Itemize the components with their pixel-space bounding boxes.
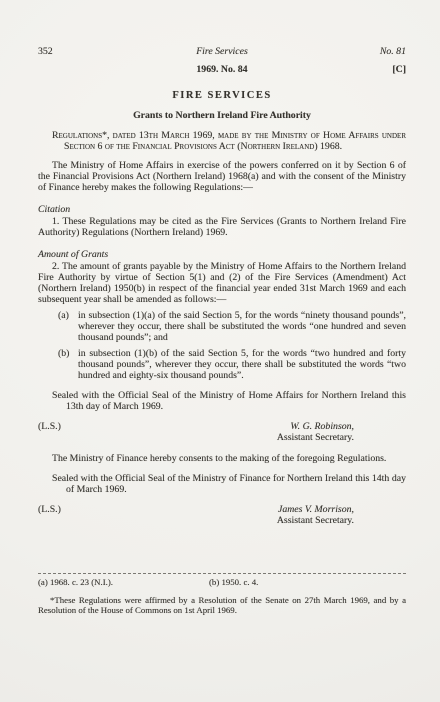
signatory-role-2: Assistant Secretary. bbox=[277, 515, 354, 526]
document-page: 352 Fire Services No. 81 1969. No. 84 [C… bbox=[0, 0, 440, 702]
section-heading-amount-of-grants: Amount of Grants bbox=[38, 249, 406, 260]
item-a-text: in subsection (1)(a) of the said Section… bbox=[78, 310, 406, 343]
signature-block-home-affairs: (L.S.) W. G. Robinson, Assistant Secreta… bbox=[38, 421, 406, 443]
footnote-ref-b: (b) 1950. c. 4. bbox=[209, 577, 258, 587]
page-number: 352 bbox=[38, 46, 161, 57]
footnote-ref-a: (a) 1968. c. 23 (N.I.). bbox=[38, 577, 113, 587]
regulation-2-item-a: (a) in subsection (1)(a) of the said Sec… bbox=[38, 310, 406, 343]
signatory-name-1: W. G. Robinson, bbox=[290, 421, 354, 432]
doc-number-right: No. 81 bbox=[283, 46, 406, 57]
regulation-2-text: 2. The amount of grants payable by the M… bbox=[38, 261, 406, 305]
regulation-1-text: 1. These Regulations may be cited as the… bbox=[38, 216, 406, 238]
signatory-name-2: James V. Morrison, bbox=[278, 504, 354, 515]
sealing-clause-home-affairs: Sealed with the Official Seal of the Min… bbox=[38, 390, 406, 412]
item-a-label: (a) bbox=[58, 310, 69, 321]
locus-sigilli-1: (L.S.) bbox=[38, 421, 61, 432]
item-b-label: (b) bbox=[58, 348, 69, 359]
signature-block-finance: (L.S.) James V. Morrison, Assistant Secr… bbox=[38, 504, 406, 526]
finance-consent-paragraph: The Ministry of Finance hereby consents … bbox=[38, 453, 406, 464]
section-heading-citation: Citation bbox=[38, 204, 406, 215]
signatory-role-1: Assistant Secretary. bbox=[277, 432, 354, 443]
sealing-clause-finance: Sealed with the Official Seal of the Min… bbox=[38, 473, 406, 495]
regulation-2-item-b: (b) in subsection (1)(b) of the said Sec… bbox=[38, 348, 406, 381]
item-b-text: in subsection (1)(b) of the said Section… bbox=[78, 348, 406, 381]
running-title: Fire Services bbox=[161, 46, 284, 57]
affirmation-footnote: *These Regulations were affirmed by a Re… bbox=[38, 595, 406, 615]
classification-mark: [C] bbox=[283, 64, 406, 75]
document-title: FIRE SERVICES bbox=[38, 90, 406, 101]
footnote-references: (a) 1968. c. 23 (N.I.). (b) 1950. c. 4. bbox=[38, 577, 406, 587]
document-subtitle: Grants to Northern Ireland Fire Authorit… bbox=[38, 110, 406, 121]
running-header: 352 Fire Services No. 81 bbox=[38, 46, 406, 57]
regulations-dateline: Regulations*, dated 13th March 1969, mad… bbox=[38, 130, 406, 152]
instrument-number: 1969. No. 84 bbox=[161, 64, 284, 75]
enacting-paragraph: The Ministry of Home Affairs in exercise… bbox=[38, 160, 406, 193]
locus-sigilli-2: (L.S.) bbox=[38, 504, 61, 515]
footnotes-section: (a) 1968. c. 23 (N.I.). (b) 1950. c. 4. … bbox=[38, 573, 406, 615]
instrument-header: 1969. No. 84 [C] bbox=[38, 64, 406, 75]
